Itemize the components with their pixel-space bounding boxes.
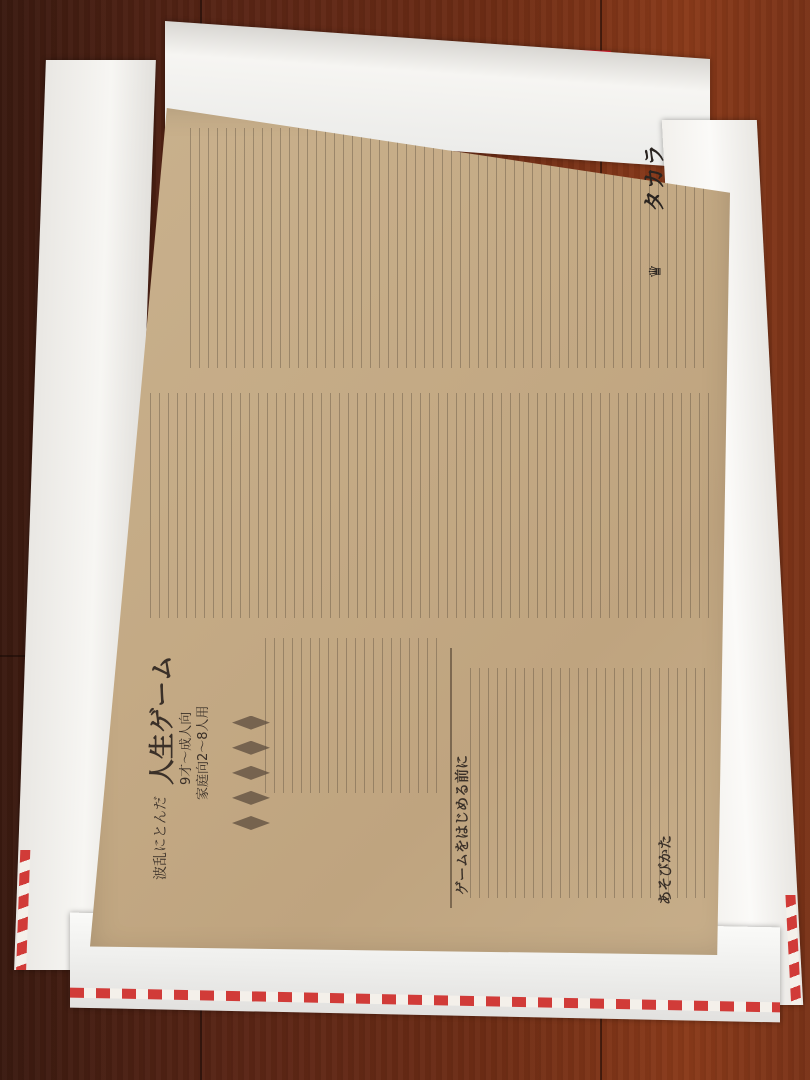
takara-logo: タカラ (638, 143, 669, 212)
striped-edge (70, 988, 780, 1013)
player-count: 家庭向2〜8人用 (192, 705, 211, 800)
section-heading-before-game: ゲームをはじめる前に (452, 755, 472, 895)
title-prefix: 波乱にとんだ (150, 796, 170, 880)
piece-icon (232, 716, 270, 730)
striped-edge (16, 850, 30, 970)
section-heading-how-to-play: あそびかた (655, 835, 675, 905)
game-title: 人生ゲーム (142, 655, 179, 785)
instruction-text-block (150, 393, 710, 618)
instruction-sheet (90, 108, 730, 955)
crown-icon: ♛ (646, 264, 665, 278)
contents-list (265, 638, 445, 793)
piece-icon (232, 741, 270, 755)
piece-icon (232, 766, 270, 780)
piece-icon (232, 816, 270, 830)
piece-icon (232, 791, 270, 805)
game-pieces-illustration (232, 680, 292, 830)
